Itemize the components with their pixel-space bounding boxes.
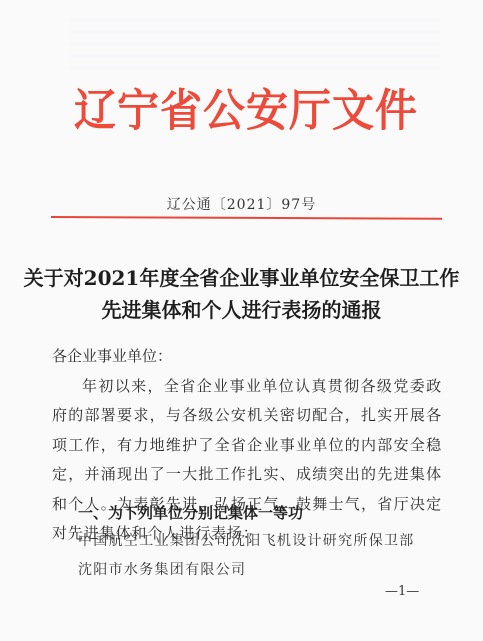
list-item: 沈阳市水务集团有限公司 [78, 556, 415, 585]
page-number: —1— [385, 584, 419, 599]
notice-title: 关于对2021年度全省企业事业单位安全保卫工作 先进集体和个人进行表扬的通报 [0, 262, 483, 326]
document-header-title: 辽宁省公安厅文件 [74, 83, 414, 140]
notice-title-line-1: 关于对2021年度全省企业事业单位安全保卫工作 [0, 262, 483, 294]
salutation: 各企业事业单位： [52, 342, 442, 372]
document-number: 辽公通〔2021〕97号 [0, 194, 483, 214]
unit-list: 中国航空工业集团公司沈阳飞机设计研究所保卫部 沈阳市水务集团有限公司 [78, 527, 415, 585]
notice-title-line-2: 先进集体和个人进行表扬的通报 [0, 294, 483, 326]
section-heading: 一、为下列单位分别记集体一等功 [78, 502, 303, 523]
red-divider-line [51, 216, 442, 220]
bleed-through-text [70, 10, 440, 70]
list-item: 中国航空工业集团公司沈阳飞机设计研究所保卫部 [78, 527, 415, 556]
document-page: 辽宁省公安厅文件 辽公通〔2021〕97号 关于对2021年度全省企业事业单位安… [0, 0, 483, 641]
